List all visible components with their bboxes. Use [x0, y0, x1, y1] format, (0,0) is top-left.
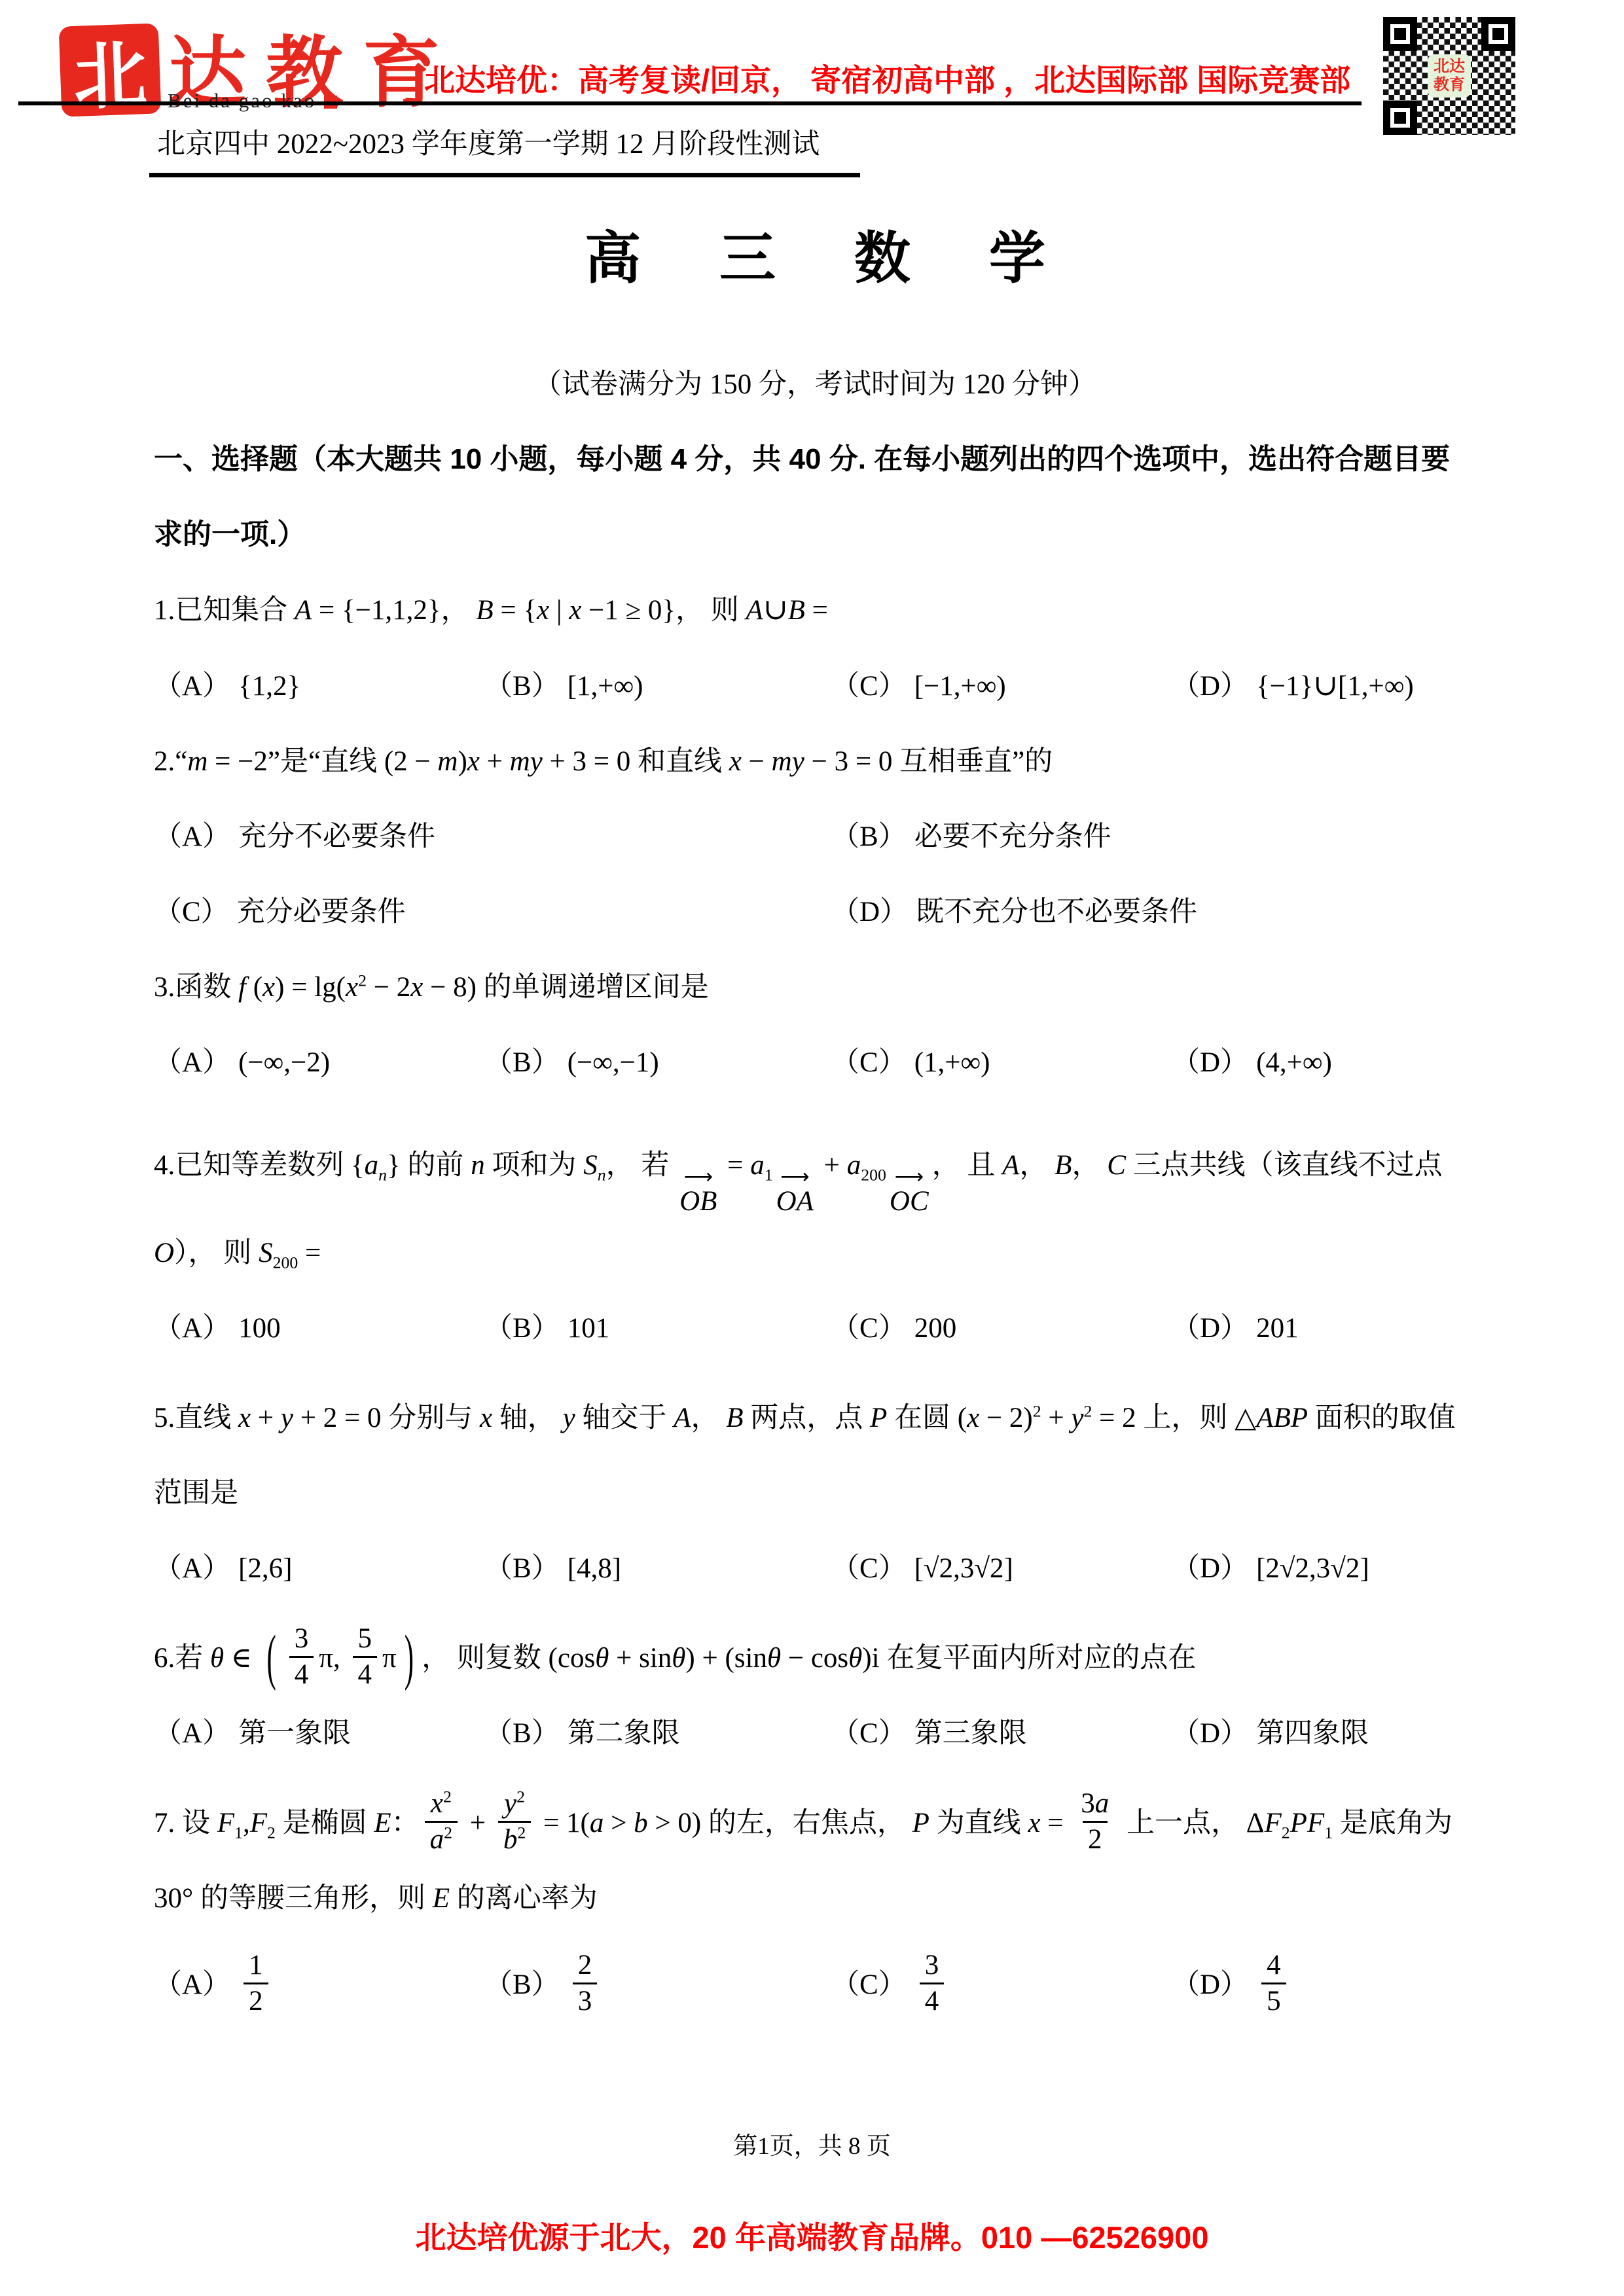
- question-1-option-b: （B）[1,+∞): [484, 648, 831, 724]
- exam-body: 高 三 数 学 （试卷满分为 150 分，考试时间为 120 分钟） 一、选择题…: [154, 196, 1476, 2034]
- option-text: 既不充分也不必要条件: [916, 874, 1197, 950]
- question-4-option-b: （B）101: [484, 1291, 831, 1366]
- option-text: [1,+∞): [568, 649, 643, 724]
- option-label: （C）: [831, 649, 907, 724]
- option-text: 12: [238, 1936, 274, 2034]
- option-label: （C）: [831, 1936, 907, 2034]
- question-2-options: （A）充分不必要条件 （B）必要不充分条件 （C）充分必要条件 （D） 既不充分…: [154, 799, 1476, 950]
- qr-center-label: 北达 教育: [1428, 54, 1471, 98]
- question-6-option-b: （B）第二象限: [484, 1696, 831, 1771]
- brand-romanized: Bei da gao kao: [168, 89, 337, 113]
- option-label: （C）: [831, 1025, 907, 1100]
- option-label: （A）: [154, 649, 230, 724]
- option-label: （C）: [154, 874, 229, 950]
- question-5-options: （A）[2,6] （B）[4,8] （C）[√2,3√2] （D）[2√2,3√…: [154, 1531, 1476, 1606]
- question-5-option-a: （A）[2,6]: [154, 1531, 484, 1606]
- header-divider: [18, 101, 1362, 105]
- page-number: 第1页，共 8 页: [0, 2126, 1624, 2161]
- option-label: （C）: [831, 1531, 907, 1606]
- exam-page: 北 达教育 Bei da gao kao 北达培优：高考复读/回京， 寄宿初高中…: [0, 0, 1624, 2296]
- qr-finder-icon: [1383, 17, 1417, 51]
- option-label: （D）: [1172, 1936, 1248, 2034]
- option-text: 第一象限: [238, 1696, 351, 1771]
- question-4-option-a: （A）100: [154, 1291, 484, 1366]
- option-label: （A）: [154, 1025, 230, 1100]
- school-underline: [149, 173, 860, 177]
- option-label: （A）: [154, 799, 230, 874]
- question-5: 5.直线 x + y + 2 = 0 分别与 x 轴， y 轴交于 A， B 两…: [154, 1380, 1476, 1606]
- question-4: 4.已知等差数列 {an} 的前 n 项和为 Sn， 若 ⟶OB = a1⟶OA…: [154, 1128, 1476, 1366]
- option-text: (4,+∞): [1256, 1025, 1332, 1100]
- question-4-stem: 4.已知等差数列 {an} 的前 n 项和为 Sn， 若 ⟶OB = a1⟶OA…: [154, 1128, 1476, 1291]
- question-3-stem: 3.函数 f (x) = lg(x2 − 2x − 8) 的单调递增区间是: [154, 950, 1476, 1025]
- option-text: (−∞,−2): [238, 1025, 330, 1100]
- section-one-heading: 一、选择题（本大题共 10 小题，每小题 4 分，共 40 分. 在每小题列出的…: [154, 422, 1476, 572]
- question-4-option-d: （D）201: [1172, 1291, 1476, 1366]
- question-7-options: （A）12 （B）23 （C）34 （D）45: [154, 1936, 1476, 2034]
- option-text: {1,2}: [238, 649, 300, 724]
- question-6-option-d: （D） 第四象限: [1172, 1696, 1476, 1771]
- question-7-option-b: （B）23: [484, 1936, 831, 2034]
- question-1-options: （A）{1,2} （B）[1,+∞) （C）[−1,+∞) （D）{−1}∪[1…: [154, 648, 1476, 724]
- option-label: （D）: [1172, 649, 1248, 724]
- option-text: 第二象限: [568, 1696, 680, 1771]
- question-6-stem: 6.若 θ ∈ (34π, 54π)， 则复数 (cosθ + sinθ) + …: [154, 1621, 1476, 1696]
- question-5-option-c: （C）[√2,3√2]: [831, 1531, 1172, 1606]
- option-label: （A）: [154, 1936, 230, 2034]
- question-2-option-c: （C）充分必要条件: [154, 874, 831, 950]
- question-6-options: （A）第一象限 （B）第二象限 （C）第三象限 （D） 第四象限: [154, 1696, 1476, 1771]
- option-text: [√2,3√2]: [914, 1531, 1013, 1606]
- option-label: （A）: [154, 1696, 230, 1771]
- option-label: （A）: [154, 1291, 230, 1366]
- brand-romanized-text: Bei da gao kao: [168, 89, 316, 112]
- brand-stamp-char: 北: [71, 16, 149, 124]
- question-3-option-a: （A）(−∞,−2): [154, 1025, 484, 1100]
- option-text: 23: [568, 1936, 603, 2034]
- option-label: （B）: [831, 799, 907, 874]
- option-text: 充分不必要条件: [238, 799, 435, 874]
- header-slogan: 北达培优：高考复读/回京， 寄宿初高中部 ，北达国际部 国际竞赛部: [424, 56, 1350, 100]
- option-label: （B）: [484, 1696, 560, 1771]
- qr-code: 北达 教育: [1383, 17, 1515, 135]
- exam-subtitle: （试卷满分为 150 分，考试时间为 120 分钟）: [154, 362, 1476, 402]
- option-text: (1,+∞): [914, 1025, 990, 1100]
- footer-slogan: 北达培优源于北大，20 年高端教育品牌。010 —62526900: [0, 2214, 1624, 2257]
- option-label: （D）: [1172, 1025, 1248, 1100]
- question-3-option-c: （C）(1,+∞): [831, 1025, 1172, 1100]
- option-text: 45: [1256, 1936, 1291, 2034]
- option-label: （B）: [484, 1025, 560, 1100]
- option-label: （D）: [831, 874, 908, 950]
- question-5-stem: 5.直线 x + y + 2 = 0 分别与 x 轴， y 轴交于 A， B 两…: [154, 1380, 1476, 1531]
- option-label: （D）: [1172, 1291, 1248, 1366]
- option-label: （B）: [484, 649, 560, 724]
- question-7-stem: 7. 设 F1,F2 是椭圆 E：x2a2 + y2b2 = 1(a > b >…: [154, 1785, 1476, 1936]
- question-3-option-d: （D）(4,+∞): [1172, 1025, 1476, 1100]
- option-text: 101: [568, 1291, 610, 1366]
- question-7: 7. 设 F1,F2 是椭圆 E：x2a2 + y2b2 = 1(a > b >…: [154, 1785, 1476, 2034]
- question-2: 2.“m = −2”是“直线 (2 − m)x + my + 3 = 0 和直线…: [154, 724, 1476, 950]
- question-1-stem: 1.已知集合 A = {−1,1,2}， B = {x | x −1 ≥ 0}，…: [154, 572, 1476, 648]
- question-3-option-b: （B）(−∞,−1): [484, 1025, 831, 1100]
- option-text: 充分必要条件: [237, 874, 406, 950]
- option-label: （B）: [484, 1291, 560, 1366]
- question-2-stem: 2.“m = −2”是“直线 (2 − m)x + my + 3 = 0 和直线…: [154, 724, 1476, 799]
- question-2-option-b: （B）必要不充分条件: [831, 799, 1476, 874]
- option-text: [2,6]: [238, 1531, 292, 1606]
- exam-title: 高 三 数 学: [154, 213, 1476, 294]
- question-7-option-a: （A）12: [154, 1936, 484, 2034]
- option-text: (−∞,−1): [568, 1025, 659, 1100]
- question-1: 1.已知集合 A = {−1,1,2}， B = {x | x −1 ≥ 0}，…: [154, 572, 1476, 724]
- option-text: [2√2,3√2]: [1256, 1531, 1369, 1606]
- option-text: 第三象限: [914, 1696, 1027, 1771]
- question-5-option-b: （B）[4,8]: [484, 1531, 831, 1606]
- school-session-line: 北京四中 2022~2023 学年度第一学期 12 月阶段性测试: [157, 122, 820, 162]
- question-2-option-d: （D） 既不充分也不必要条件: [831, 874, 1476, 950]
- question-3: 3.函数 f (x) = lg(x2 − 2x − 8) 的单调递增区间是 （A…: [154, 950, 1476, 1100]
- option-label: （D）: [1172, 1696, 1248, 1771]
- option-label: （C）: [831, 1291, 907, 1366]
- option-text: 必要不充分条件: [914, 799, 1111, 874]
- option-text: {−1}∪[1,+∞): [1256, 648, 1414, 724]
- question-6-option-c: （C）第三象限: [831, 1696, 1172, 1771]
- option-text: 201: [1256, 1291, 1299, 1366]
- qr-label-line1: 北达: [1434, 58, 1465, 76]
- option-text: 第四象限: [1256, 1696, 1369, 1771]
- option-label: （B）: [484, 1531, 560, 1606]
- question-1-option-c: （C）[−1,+∞): [831, 648, 1172, 724]
- option-label: （C）: [831, 1696, 907, 1771]
- option-text: [4,8]: [568, 1531, 621, 1606]
- qr-finder-icon: [1481, 17, 1515, 51]
- option-text: 200: [914, 1291, 957, 1366]
- question-6-option-a: （A）第一象限: [154, 1696, 484, 1771]
- option-label: （D）: [1172, 1531, 1248, 1606]
- question-5-option-d: （D）[2√2,3√2]: [1172, 1531, 1476, 1606]
- question-3-options: （A）(−∞,−2) （B）(−∞,−1) （C）(1,+∞) （D）(4,+∞…: [154, 1025, 1476, 1100]
- qr-finder-icon: [1383, 101, 1417, 135]
- question-7-option-d: （D）45: [1172, 1936, 1476, 2034]
- question-6: 6.若 θ ∈ (34π, 54π)， 则复数 (cosθ + sinθ) + …: [154, 1621, 1476, 1771]
- question-1-option-a: （A）{1,2}: [154, 648, 484, 724]
- option-label: （B）: [484, 1936, 560, 2034]
- question-4-option-c: （C）200: [831, 1291, 1172, 1366]
- question-1-option-d: （D）{−1}∪[1,+∞): [1172, 648, 1476, 724]
- question-4-options: （A）100 （B）101 （C）200 （D）201: [154, 1291, 1476, 1366]
- option-label: （A）: [154, 1531, 230, 1606]
- option-text: [−1,+∞): [914, 649, 1006, 724]
- option-text: 34: [914, 1936, 950, 2034]
- question-7-option-c: （C）34: [831, 1936, 1172, 2034]
- option-text: 100: [238, 1291, 281, 1366]
- question-2-option-a: （A）充分不必要条件: [154, 799, 831, 874]
- qr-label-line2: 教育: [1434, 76, 1465, 94]
